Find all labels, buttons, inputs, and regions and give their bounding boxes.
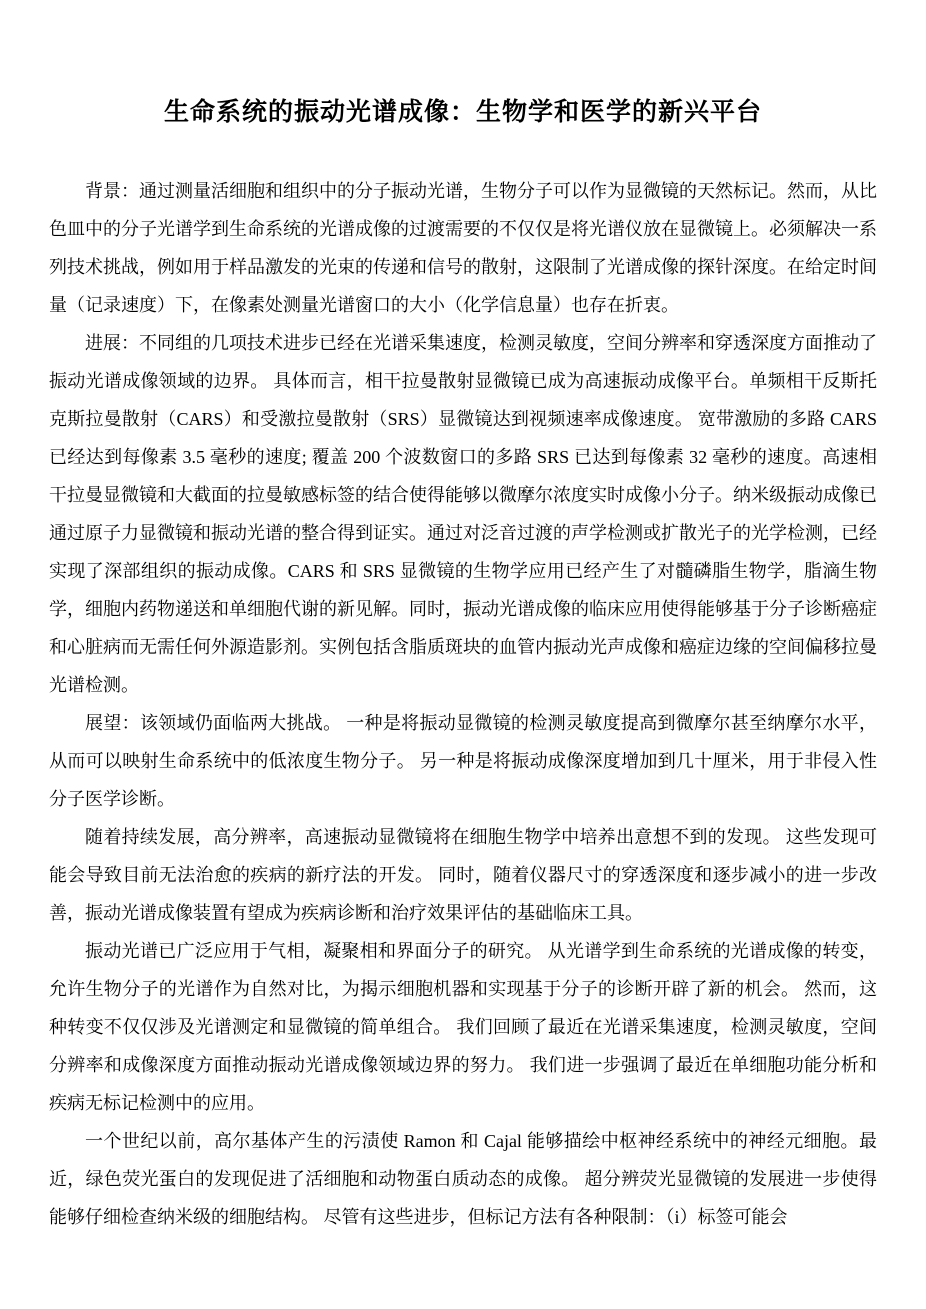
paragraph-future-development: 随着持续发展，高分辨率，高速振动显微镜将在细胞生物学中培养出意想不到的发现。 这… xyxy=(49,818,877,932)
document-page: 生命系统的振动光谱成像：生物学和医学的新兴平台 背景：通过测量活细胞和组织中的分… xyxy=(0,0,926,1309)
document-title: 生命系统的振动光谱成像：生物学和医学的新兴平台 xyxy=(49,98,877,126)
paragraph-outlook: 展望：该领域仍面临两大挑战。 一种是将振动显微镜的检测灵敏度提高到微摩尔甚至纳摩… xyxy=(49,704,877,818)
paragraph-progress: 进展：不同组的几项技术进步已经在光谱采集速度，检测灵敏度，空间分辨率和穿透深度方… xyxy=(49,324,877,704)
paragraph-vibrational-spectroscopy: 振动光谱已广泛应用于气相，凝聚相和界面分子的研究。 从光谱学到生命系统的光谱成像… xyxy=(49,932,877,1122)
paragraph-background: 背景：通过测量活细胞和组织中的分子振动光谱，生物分子可以作为显微镜的天然标记。然… xyxy=(49,172,877,324)
document-body: 背景：通过测量活细胞和组织中的分子振动光谱，生物分子可以作为显微镜的天然标记。然… xyxy=(49,172,877,1236)
paragraph-history: 一个世纪以前，高尔基体产生的污渍使 Ramon 和 Cajal 能够描绘中枢神经… xyxy=(49,1122,877,1236)
